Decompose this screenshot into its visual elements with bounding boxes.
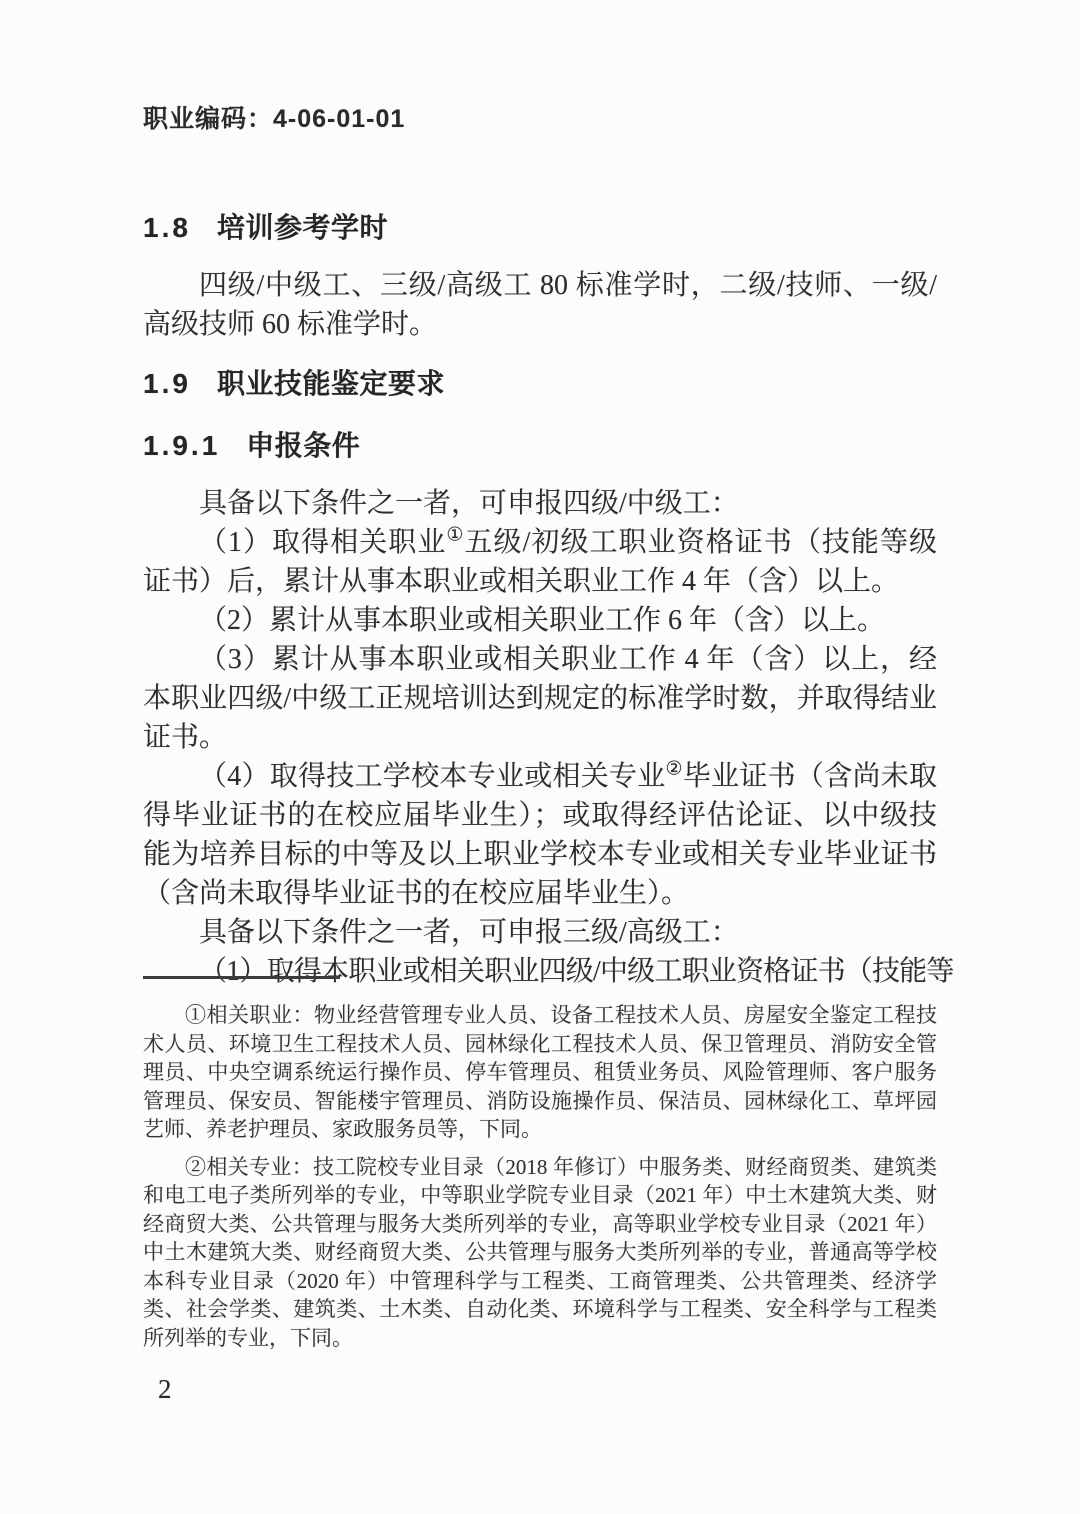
footnote-ref-1: ① [446,525,464,546]
section-number: 1.8 [143,212,191,243]
footnote-1: ①相关职业：物业经营管理专业人员、设备工程技术人员、房屋安全鉴定工程技术人员、环… [143,1001,937,1144]
footnote-2: ②相关专业：技工院校专业目录（2018 年修订）中服务类、财经商贸类、建筑类和电… [143,1153,937,1353]
level4-item-2: （2）累计从事本职业或相关职业工作 6 年（含）以上。 [143,601,937,640]
intro-level4: 具备以下条件之一者，可申报四级/中级工： [143,484,937,523]
document-page: 职业编码：4-06-01-01 1.8培训参考学时 四级/中级工、三级/高级工 … [0,0,1080,1514]
paragraph: 四级/中级工、三级/高级工 80 标准学时，二级/技师、一级/高级技师 60 标… [143,266,937,344]
footnote-ref-2: ② [666,759,683,780]
level4-item-3: （3）累计从事本职业或相关职业工作 4 年（含）以上，经本职业四级/中级工正规培… [143,640,937,757]
section-heading-1-9: 1.9职业技能鉴定要求 [143,367,937,401]
section-number: 1.9.1 [143,430,220,461]
footnotes-block: ①相关职业：物业经营管理专业人员、设备工程技术人员、房屋安全鉴定工程技术人员、环… [143,1001,937,1352]
training-hours-paragraph: 四级/中级工、三级/高级工 80 标准学时，二级/技师、一级/高级技师 60 标… [143,266,937,344]
level4-item-1: （1）取得相关职业①五级/初级工职业资格证书（技能等级证书）后，累计从事本职业或… [143,523,937,601]
section-heading-1-9-1: 1.9.1申报条件 [143,429,937,463]
application-conditions-body: 具备以下条件之一者，可申报四级/中级工： （1）取得相关职业①五级/初级工职业资… [143,484,937,991]
level3-item-1-partial: （1）取得本职业或相关职业四级/中级工职业资格证书（技能等 [143,952,937,991]
section-number: 1.9 [143,368,191,399]
section-title: 职业技能鉴定要求 [217,368,445,399]
section-heading-1-8: 1.8培训参考学时 [143,211,937,245]
section-title: 申报条件 [246,430,360,461]
page-number: 2 [158,1374,172,1405]
section-title: 培训参考学时 [217,212,388,243]
footnote-divider [143,976,340,979]
level4-item-4: （4）取得技工学校本专业或相关专业②毕业证书（含尚未取得毕业证书的在校应届毕业生… [143,757,937,913]
occupation-code: 职业编码：4-06-01-01 [143,99,937,135]
intro-level3: 具备以下条件之一者，可申报三级/高级工： [143,913,937,952]
